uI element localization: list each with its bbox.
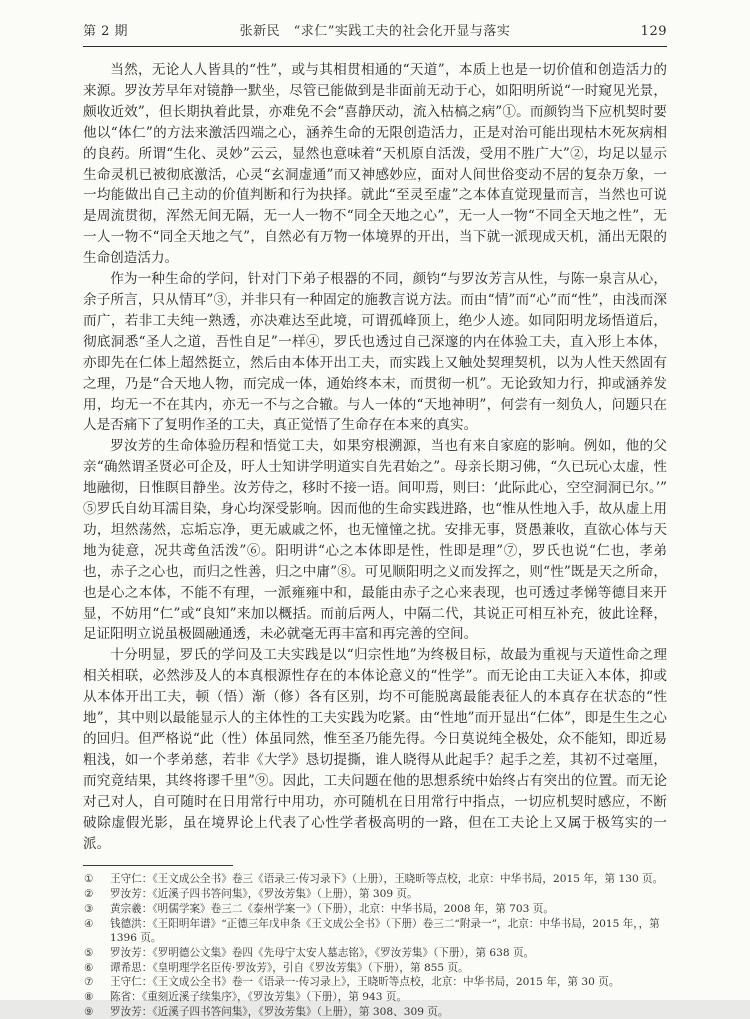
page-header: 第 2 期 张新民 “求仁”实践工夫的社会化开显与落实 129: [83, 20, 667, 39]
footnote-item: ① 王守仁：《王文成公全书》卷三《语录三·传习录下》（上册），王晓昕等点校，北京…: [83, 872, 667, 887]
footnote-item: ④ 钱德洪：《王阳明年谱》“正德三年戊申条《王文成公全书》（下册）卷三二“附录一…: [83, 917, 667, 946]
footnote-marker: ③: [83, 902, 110, 917]
body-paragraph-1: 当然，无论人人皆具的“性”，或与其相贯相通的“天道”，本质上也是一切价值和创造活…: [83, 60, 667, 269]
footnote-marker: ⑧: [83, 990, 110, 1005]
footnote-item: ⑨ 罗汝芳：《近溪子四书答问集》，《罗汝芳集》（上册），第 308、309 页。: [83, 1005, 667, 1019]
footnote-item: ⑦ 王守仁：《王文成公全书》卷一《语录一·传习录上》，王晓昕等点校，北京：中华书…: [83, 975, 667, 990]
footnote-text: 谭希思：《皇明理学名臣传·罗汝芳》，引自《罗汝芳集》（下册），第 855 页。: [110, 961, 667, 976]
footnote-marker: ①: [83, 872, 110, 887]
footnote-text: 王守仁：《王文成公全书》卷一《语录一·传习录上》，王晓昕等点校，北京：中华书局，…: [110, 975, 667, 990]
page-number: 129: [557, 24, 667, 39]
footnote-text: 罗汝芳：《近溪子四书答问集》，《罗汝芳集》（上册），第 309 页。: [110, 887, 667, 902]
footnote-marker: ⑤: [83, 946, 110, 961]
footnote-text: 罗汝芳：《近溪子四书答问集》，《罗汝芳集》（上册），第 308、309 页。: [110, 1005, 667, 1019]
article-body: 当然，无论人人皆具的“性”，或与其相贯相通的“天道”，本质上也是一切价值和创造活…: [83, 60, 667, 854]
footnote-item: ⑧ 陈省：《重刻近溪子续集序》，《罗汝芳集》（下册），第 943 页。: [83, 990, 667, 1005]
footnote-marker: ④: [83, 917, 110, 946]
header-rule: [83, 46, 667, 47]
footnotes-section: ① 王守仁：《王文成公全书》卷三《语录三·传习录下》（上册），王晓昕等点校，北京…: [83, 872, 667, 1019]
footnote-item: ② 罗汝芳：《近溪子四书答问集》，《罗汝芳集》（上册），第 309 页。: [83, 887, 667, 902]
footnote-item: ③ 黄宗羲：《明儒学案》卷三二《泰州学案一》（下册），北京：中华书局，2008 …: [83, 902, 667, 917]
footnote-marker: ⑥: [83, 961, 110, 976]
footnote-text: 罗汝芳：《罗明德公文集》卷四《先母宁太安人墓志铭》，《罗汝芳集》（下册），第 6…: [110, 946, 667, 961]
footnote-marker: ②: [83, 887, 110, 902]
footnote-marker: ⑨: [83, 1005, 110, 1019]
footnote-text: 钱德洪：《王阳明年谱》“正德三年戊申条《王文成公全书》（下册）卷三二“附录一”，…: [110, 917, 667, 946]
body-paragraph-4: 十分明显，罗氏的学问及工夫实践是以“归宗性地”为终极目标，故最为重视与天道性命之…: [83, 645, 667, 854]
running-title: 张新民 “求仁”实践工夫的社会化开显与落实: [193, 20, 557, 39]
body-paragraph-3: 罗汝芳的生命体验历程和悟觉工夫，如果穷根溯源，当也有来自家庭的影响。例如，他的父…: [83, 436, 667, 645]
footnote-item: ⑥ 谭希思：《皇明理学名臣传·罗汝芳》，引自《罗汝芳集》（下册），第 855 页…: [83, 961, 667, 976]
footnote-text: 陈省：《重刻近溪子续集序》，《罗汝芳集》（下册），第 943 页。: [110, 990, 667, 1005]
footnote-item: ⑤ 罗汝芳：《罗明德公文集》卷四《先母宁太安人墓志铭》，《罗汝芳集》（下册），第…: [83, 946, 667, 961]
footnote-text: 王守仁：《王文成公全书》卷三《语录三·传习录下》（上册），王晓昕等点校，北京：中…: [110, 872, 667, 887]
journal-page: 第 2 期 张新民 “求仁”实践工夫的社会化开显与落实 129 当然，无论人人皆…: [0, 0, 750, 1000]
footnote-text: 黄宗羲：《明儒学案》卷三二《泰州学案一》（下册），北京：中华书局，2008 年，…: [110, 902, 667, 917]
footnote-separator: [83, 865, 233, 866]
issue-label: 第 2 期: [83, 20, 193, 39]
body-paragraph-2: 作为一种生命的学问，针对门下弟子根器的不同，颜钧“与罗汝芳言从性，与陈一泉言从心…: [83, 269, 667, 436]
footnote-marker: ⑦: [83, 975, 110, 990]
